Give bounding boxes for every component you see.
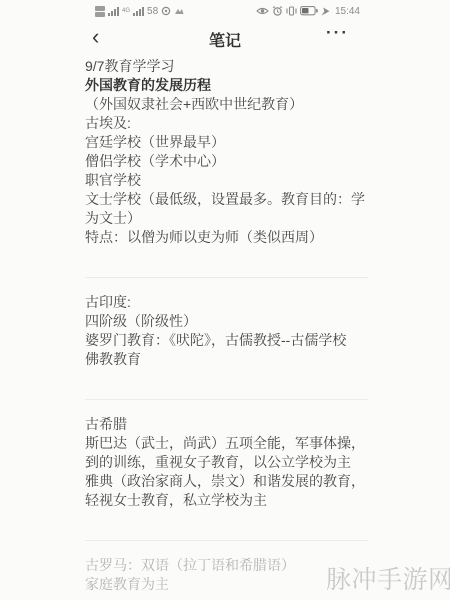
more-menu-button[interactable]: ··· (326, 23, 349, 43)
note-line: 古印度: (85, 293, 368, 312)
battery-icon (300, 6, 318, 16)
network-type-label: 4G (122, 8, 130, 14)
note-line: （外国奴隶社会+西欧中世纪教育） (85, 95, 368, 114)
clock-label: 15:44 (335, 6, 360, 17)
note-line: 僧侣学校（学术中心） (85, 152, 368, 171)
nav-bar: ‹ 笔记 ··· (0, 20, 450, 56)
note-line: 为文士） (85, 209, 368, 228)
note-line: 宫廷学校（世界最早） (85, 133, 368, 152)
section-divider (85, 277, 368, 278)
section-divider (85, 540, 368, 541)
vibrate-icon (286, 6, 297, 16)
note-section-egypt: 9/7教育学学习 外国教育的发展历程 （外国奴隶社会+西欧中世纪教育） 古埃及:… (85, 57, 368, 247)
note-line: 职官学校 (85, 171, 368, 190)
status-extra-icon (174, 7, 184, 15)
section-divider (85, 399, 368, 400)
note-line: 9/7教育学学习 (85, 57, 368, 76)
note-body[interactable]: 9/7教育学学习 外国教育的发展历程 （外国奴隶社会+西欧中世纪教育） 古埃及:… (85, 57, 368, 594)
note-section-greece: 古希腊 斯巴达（武士，尚武）五项全能，军事体操， 到的训练，重视女子教育，以公立… (85, 415, 368, 510)
data-usage-icon (161, 6, 171, 16)
site-watermark: 脉冲手游网 (326, 560, 450, 596)
note-line: 斯巴达（武士，尚武）五项全能，军事体操， (85, 434, 368, 453)
page-title: 笔记 (0, 28, 450, 51)
note-line: 轻视女士教育，私立学校为主 (85, 491, 368, 510)
signal-bars-icon (133, 7, 144, 16)
status-bar: 4G 58 (0, 0, 450, 20)
note-line: 古埃及: (85, 114, 368, 133)
status-right-group: 15:44 (256, 6, 360, 17)
note-title-line: 外国教育的发展历程 (85, 76, 368, 95)
note-line: 古希腊 (85, 415, 368, 434)
alarm-icon (272, 6, 283, 16)
dual-sim-hd-icon (95, 6, 105, 17)
note-line: 到的训练，重视女子教育，以公立学校为主 (85, 453, 368, 472)
note-line: 婆罗门教育：《吠陀》，古儒教授--古儒学校 (85, 331, 368, 350)
note-line: 四阶级（阶级性） (85, 312, 368, 331)
eye-icon (256, 6, 269, 16)
note-line: 文士学校（最低级，设置最多。教育目的：学 (85, 190, 368, 209)
note-line: 佛教教育 (85, 350, 368, 369)
status-left-group: 4G 58 (95, 6, 184, 17)
note-line: 雅典（政治家商人，崇文）和谐发展的教育， (85, 472, 368, 491)
network-speed-label: 58 (147, 6, 158, 17)
gps-arrow-icon (321, 7, 330, 16)
note-section-india: 古印度: 四阶级（阶级性） 婆罗门教育：《吠陀》，古儒教授--古儒学校 佛教教育 (85, 293, 368, 369)
signal-bars-icon (108, 7, 119, 16)
note-line: 特点：以僧为师以吏为师（类似西周） (85, 228, 368, 247)
